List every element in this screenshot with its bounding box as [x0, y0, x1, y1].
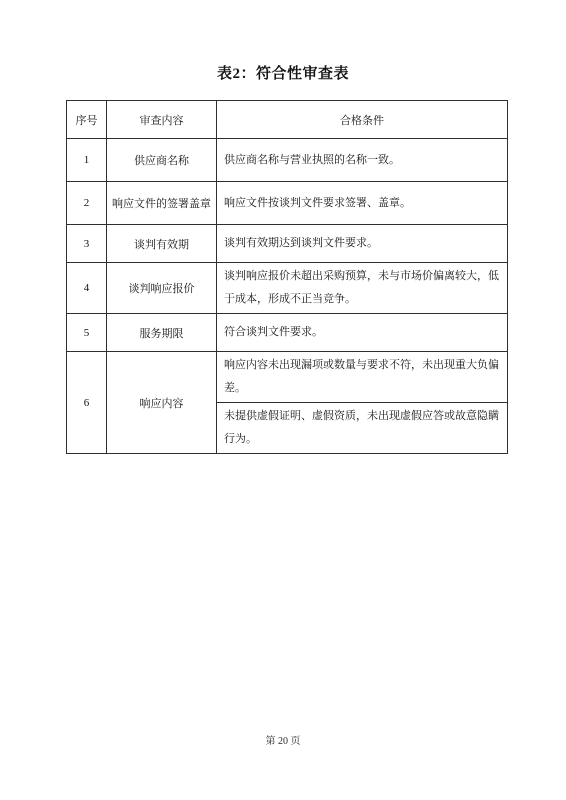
- compliance-review-table: 序号 审查内容 合格条件 1 供应商名称 供应商名称与营业执照的名称一致。 2 …: [66, 100, 508, 454]
- row-review-content: 供应商名称: [107, 139, 217, 182]
- page-number: 第 20 页: [0, 732, 566, 747]
- col-header-no: 序号: [67, 101, 107, 139]
- row-condition: 未提供虚假证明、虚假资质，未出现虚假应答或故意隐瞒行为。: [217, 403, 508, 454]
- row-no: 5: [67, 314, 107, 352]
- row-review-content: 服务期限: [107, 314, 217, 352]
- row-condition: 谈判响应报价未超出采购预算，未与市场价偏离较大，低于成本，形成不正当竞争。: [217, 263, 508, 314]
- row-condition: 谈判有效期达到谈判文件要求。: [217, 225, 508, 263]
- row-review-content: 响应内容: [107, 352, 217, 454]
- table-row: 2 响应文件的签署盖章 响应文件按谈判文件要求签署、盖章。: [67, 182, 508, 225]
- table-row: 5 服务期限 符合谈判文件要求。: [67, 314, 508, 352]
- col-header-review-content: 审查内容: [107, 101, 217, 139]
- row-condition: 符合谈判文件要求。: [217, 314, 508, 352]
- row-review-content: 谈判有效期: [107, 225, 217, 263]
- table-row: 4 谈判响应报价 谈判响应报价未超出采购预算，未与市场价偏离较大，低于成本，形成…: [67, 263, 508, 314]
- row-no: 1: [67, 139, 107, 182]
- row-review-content: 响应文件的签署盖章: [107, 182, 217, 225]
- row-condition: 供应商名称与营业执照的名称一致。: [217, 139, 508, 182]
- table-title: 表2：符合性审查表: [0, 62, 566, 83]
- table-row: 3 谈判有效期 谈判有效期达到谈判文件要求。: [67, 225, 508, 263]
- table-row: 1 供应商名称 供应商名称与营业执照的名称一致。: [67, 139, 508, 182]
- table-row: 6 响应内容 响应内容未出现漏项或数量与要求不符，未出现重大负偏差。: [67, 352, 508, 403]
- col-header-qualification-conditions: 合格条件: [217, 101, 508, 139]
- document-page: 表2：符合性审查表 序号 审查内容 合格条件 1 供应商名称 供应商名称与营业执…: [0, 0, 566, 800]
- row-no: 3: [67, 225, 107, 263]
- row-no: 4: [67, 263, 107, 314]
- table-header-row: 序号 审查内容 合格条件: [67, 101, 508, 139]
- row-review-content: 谈判响应报价: [107, 263, 217, 314]
- row-no: 6: [67, 352, 107, 454]
- row-condition: 响应内容未出现漏项或数量与要求不符，未出现重大负偏差。: [217, 352, 508, 403]
- row-condition: 响应文件按谈判文件要求签署、盖章。: [217, 182, 508, 225]
- row-no: 2: [67, 182, 107, 225]
